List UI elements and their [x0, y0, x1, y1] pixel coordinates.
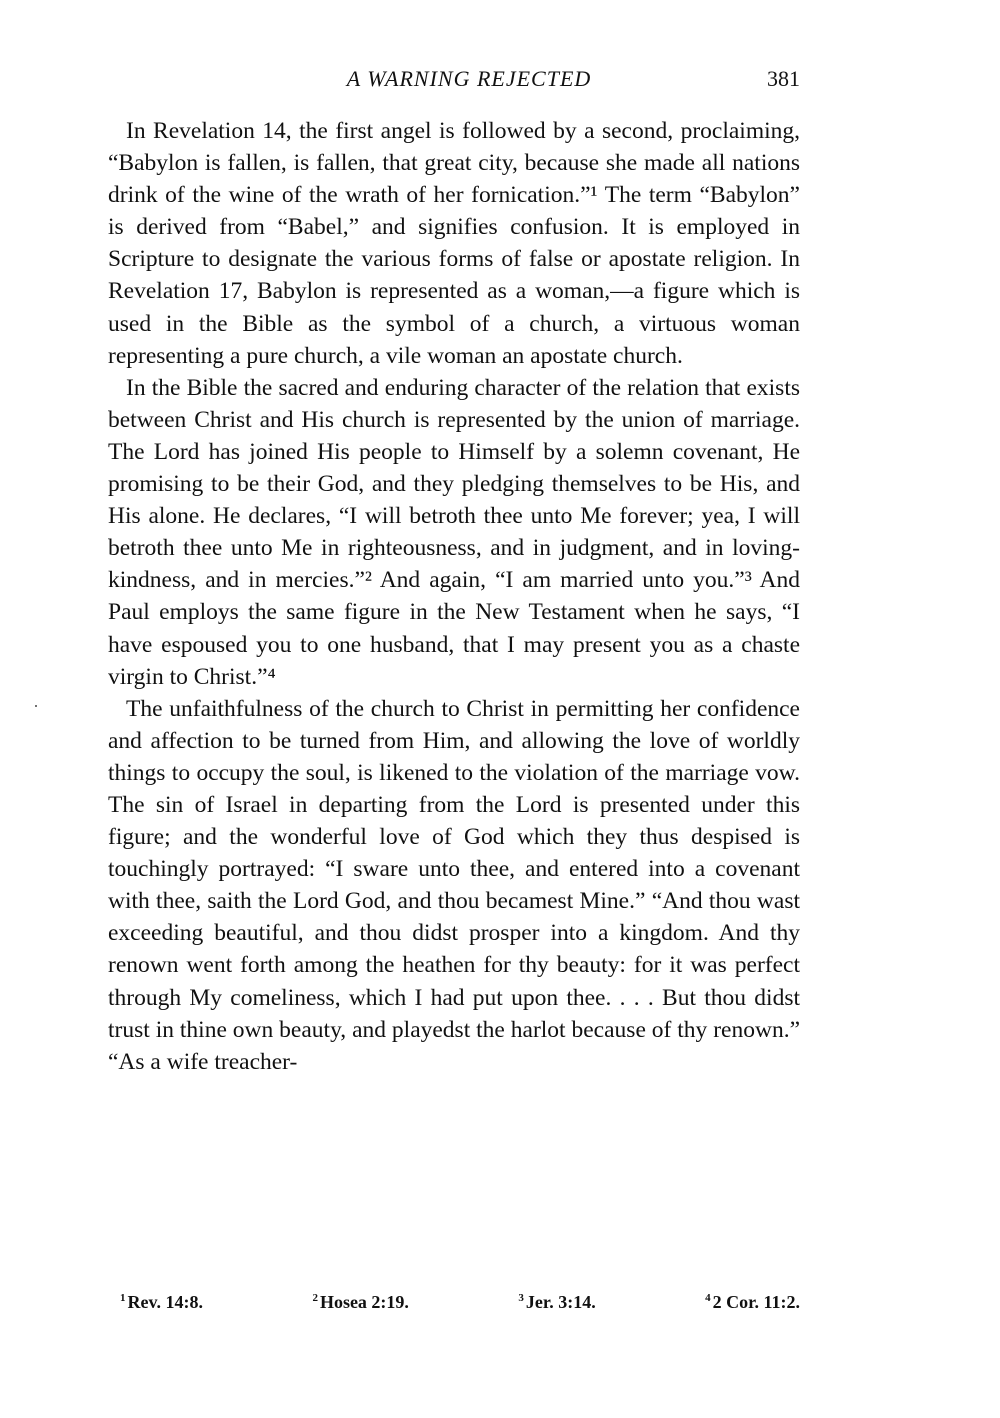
footnote: 42 Cor. 11:2. [705, 1292, 800, 1313]
footnotes: 1Rev. 14:8. 2Hosea 2:19. 3Jer. 3:14. 42 … [120, 1292, 800, 1313]
paragraph: The unfaithfulness of the church to Chri… [108, 693, 800, 1078]
footnote-ref: Hosea 2:19. [320, 1292, 409, 1312]
footnote: 2Hosea 2:19. [312, 1292, 409, 1313]
footnote-ref: Rev. 14:8. [128, 1292, 204, 1312]
paragraph: In Revelation 14, the first angel is fol… [108, 115, 800, 372]
running-header: A WARNING REJECTED 381 [108, 66, 800, 98]
footnote-ref: Jer. 3:14. [526, 1292, 596, 1312]
footnote-mark: 2 [312, 1292, 318, 1304]
paragraph: In the Bible the sacred and enduring cha… [108, 372, 800, 693]
footnote-mark: 3 [518, 1292, 524, 1304]
footnote-mark: 4 [705, 1292, 711, 1304]
running-title: A WARNING REJECTED [108, 66, 800, 92]
footnote: 1Rev. 14:8. [120, 1292, 203, 1313]
footnote: 3Jer. 3:14. [518, 1292, 595, 1313]
page-number: 381 [767, 66, 800, 92]
book-page: A WARNING REJECTED 381 In Revelation 14,… [0, 0, 1000, 1418]
footnote-ref: 2 Cor. 11:2. [713, 1292, 800, 1312]
footnote-mark: 1 [120, 1292, 126, 1304]
scan-speck [35, 705, 37, 707]
body-text: In Revelation 14, the first angel is fol… [108, 115, 800, 1078]
